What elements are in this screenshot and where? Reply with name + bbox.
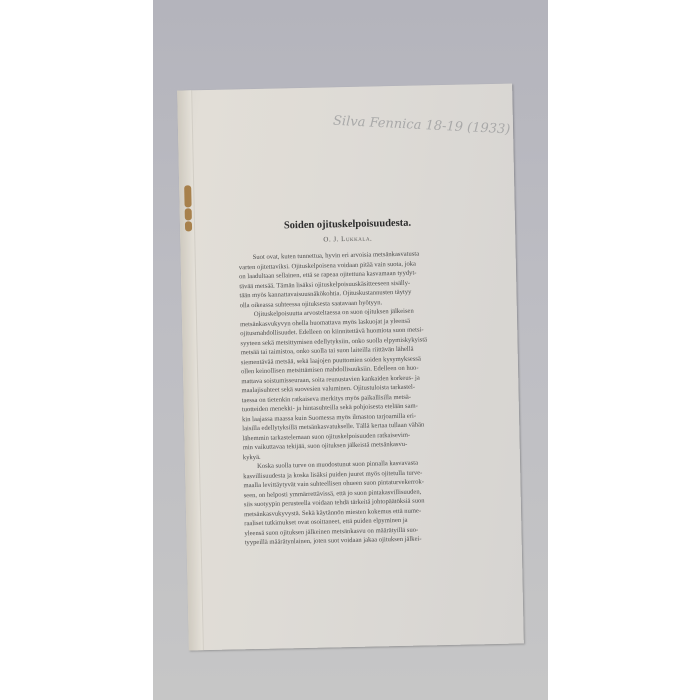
staple-rust-mark (185, 208, 192, 220)
document-page: Silva Fennica 18-19 (1933) Soiden ojitus… (177, 84, 524, 651)
article-paragraph: Suot ovat, kuten tunnettua, hyvin eri ar… (239, 248, 488, 310)
article-paragraph: Ojituskelpoisuutta arvosteltaessa on suo… (240, 305, 491, 462)
staple-rust-mark (184, 185, 191, 207)
article-paragraph: Koska suolla turve on muodostunut suon p… (243, 457, 493, 548)
article-body: Suot ovat, kuten tunnettua, hyvin eri ar… (239, 248, 493, 548)
